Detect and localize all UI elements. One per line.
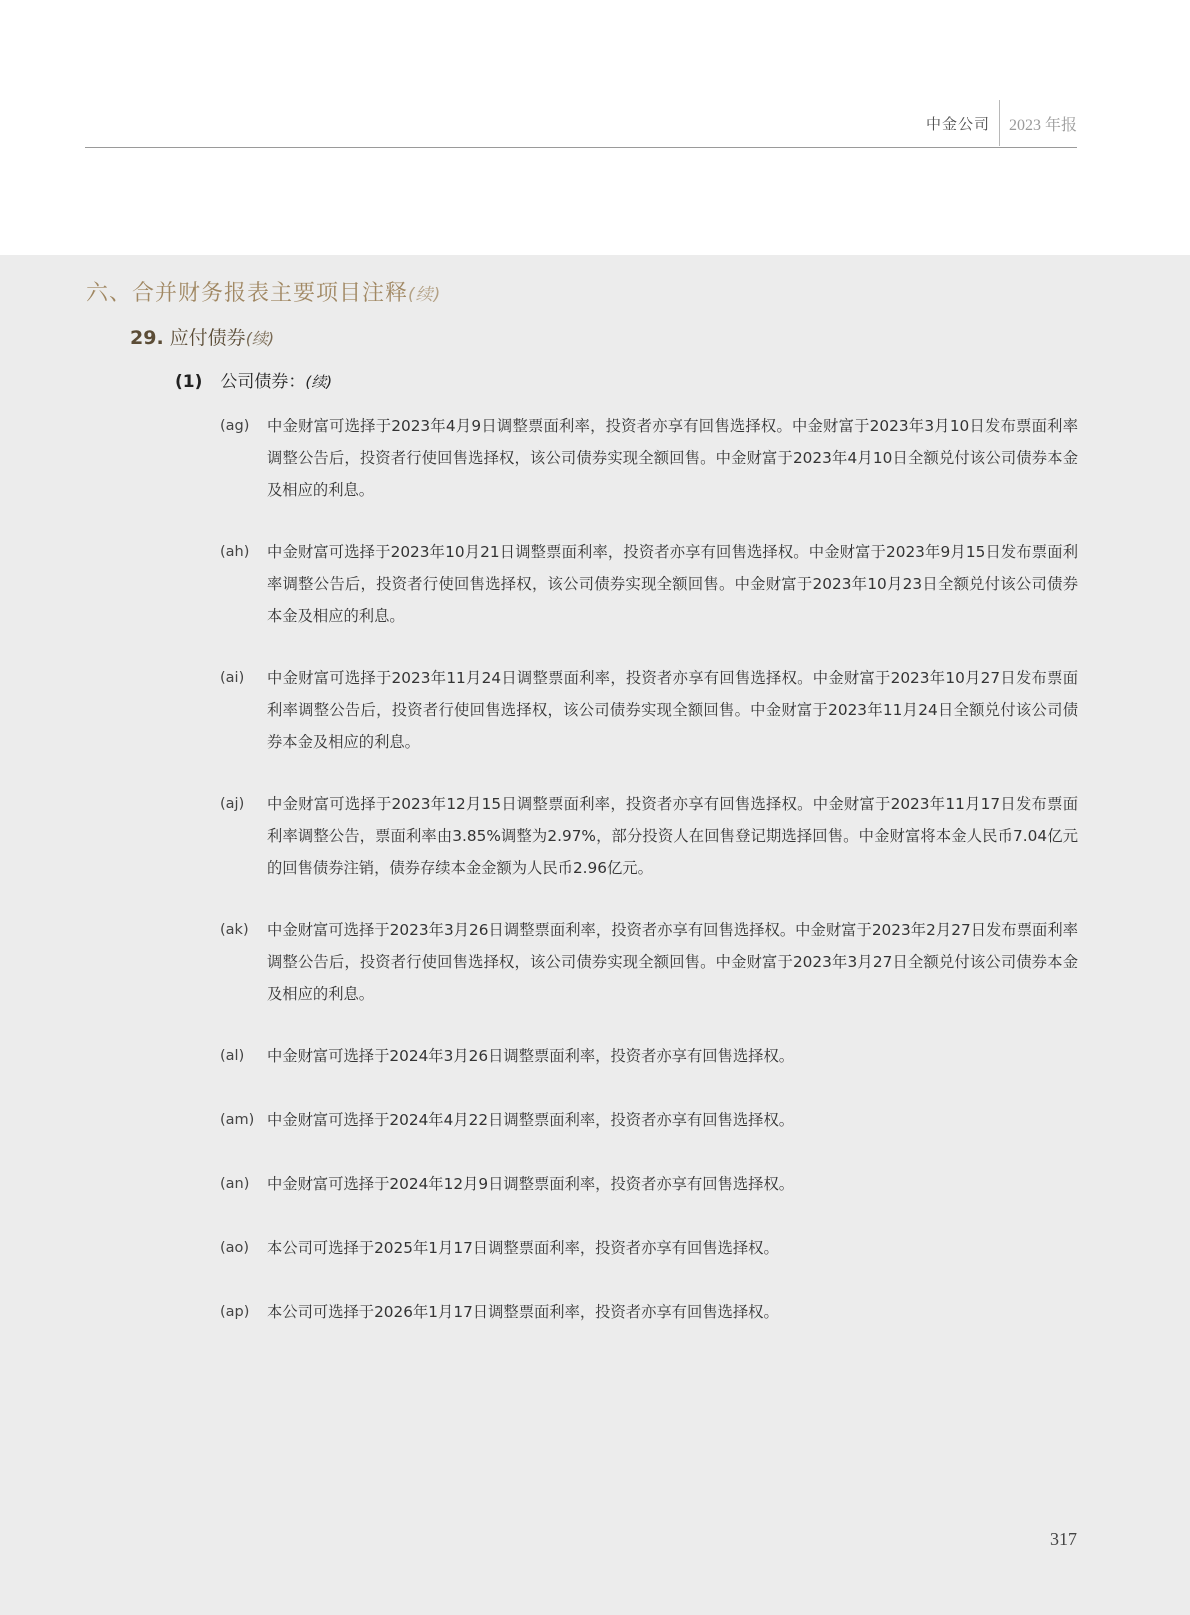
- note-text: 中金财富可选择于2024年3月26日调整票面利率，投资者亦享有回售选择权。: [267, 1040, 1078, 1072]
- section-title-text: 六、合并财务报表主要项目注释: [86, 281, 408, 306]
- note-label: (ak): [220, 914, 267, 946]
- subsubsection-title-text: 公司债券：: [220, 372, 305, 392]
- subsection-continued: (续): [246, 329, 275, 348]
- note-item: (ap) 本公司可选择于2026年1月17日调整票面利率，投资者亦享有回售选择权…: [220, 1296, 1078, 1328]
- note-item: (am) 中金财富可选择于2024年4月22日调整票面利率，投资者亦享有回售选择…: [220, 1104, 1078, 1136]
- note-item: (ak) 中金财富可选择于2023年3月26日调整票面利率，投资者亦享有回售选择…: [220, 914, 1078, 1010]
- section-continued: (续): [408, 285, 441, 305]
- subsubsection-title: (1)公司债券：(续): [175, 367, 332, 392]
- page-number: 317: [1050, 1529, 1077, 1550]
- note-label: (ag): [220, 410, 267, 442]
- note-text: 中金财富可选择于2023年11月24日调整票面利率，投资者亦享有回售选择权。中金…: [267, 662, 1078, 758]
- note-label: (ai): [220, 662, 267, 694]
- note-text: 中金财富可选择于2023年12月15日调整票面利率，投资者亦享有回售选择权。中金…: [267, 788, 1078, 884]
- section-title: 六、合并财务报表主要项目注释(续): [86, 276, 441, 307]
- note-item: (al) 中金财富可选择于2024年3月26日调整票面利率，投资者亦享有回售选择…: [220, 1040, 1078, 1072]
- note-label: (ap): [220, 1296, 267, 1328]
- notes-list: (ag) 中金财富可选择于2023年4月9日调整票面利率，投资者亦享有回售选择权…: [220, 410, 1078, 1360]
- note-text: 中金财富可选择于2024年12月9日调整票面利率，投资者亦享有回售选择权。: [267, 1168, 1078, 1200]
- subsection-number: 29.: [130, 327, 164, 349]
- company-name: 中金公司: [926, 113, 999, 134]
- note-item: (ag) 中金财富可选择于2023年4月9日调整票面利率，投资者亦享有回售选择权…: [220, 410, 1078, 506]
- subsubsection-continued: (续): [305, 373, 332, 391]
- header-rule: [85, 147, 1077, 148]
- note-text: 中金财富可选择于2023年3月26日调整票面利率，投资者亦享有回售选择权。中金财…: [267, 914, 1078, 1010]
- note-label: (ao): [220, 1232, 267, 1264]
- note-label: (an): [220, 1168, 267, 1200]
- note-label: (am): [220, 1104, 267, 1136]
- note-text: 本公司可选择于2025年1月17日调整票面利率，投资者亦享有回售选择权。: [267, 1232, 1078, 1264]
- note-text: 中金财富可选择于2023年4月9日调整票面利率，投资者亦享有回售选择权。中金财富…: [267, 410, 1078, 506]
- report-year: 2023 年报: [1000, 112, 1077, 135]
- note-item: (aj) 中金财富可选择于2023年12月15日调整票面利率，投资者亦享有回售选…: [220, 788, 1078, 884]
- note-label: (aj): [220, 788, 267, 820]
- note-label: (ah): [220, 536, 267, 568]
- note-item: (ai) 中金财富可选择于2023年11月24日调整票面利率，投资者亦享有回售选…: [220, 662, 1078, 758]
- running-header: 中金公司 2023 年报: [926, 100, 1077, 146]
- note-item: (an) 中金财富可选择于2024年12月9日调整票面利率，投资者亦享有回售选择…: [220, 1168, 1078, 1200]
- subsubsection-number: (1): [175, 372, 202, 392]
- note-text: 中金财富可选择于2024年4月22日调整票面利率，投资者亦享有回售选择权。: [267, 1104, 1078, 1136]
- note-text: 本公司可选择于2026年1月17日调整票面利率，投资者亦享有回售选择权。: [267, 1296, 1078, 1328]
- note-item: (ao) 本公司可选择于2025年1月17日调整票面利率，投资者亦享有回售选择权…: [220, 1232, 1078, 1264]
- note-text: 中金财富可选择于2023年10月21日调整票面利率，投资者亦享有回售选择权。中金…: [267, 536, 1078, 632]
- note-label: (al): [220, 1040, 267, 1072]
- subsection-title-text: 应付债券: [170, 327, 246, 349]
- subsection-title: 29.应付债券(续): [130, 323, 274, 350]
- note-item: (ah) 中金财富可选择于2023年10月21日调整票面利率，投资者亦享有回售选…: [220, 536, 1078, 632]
